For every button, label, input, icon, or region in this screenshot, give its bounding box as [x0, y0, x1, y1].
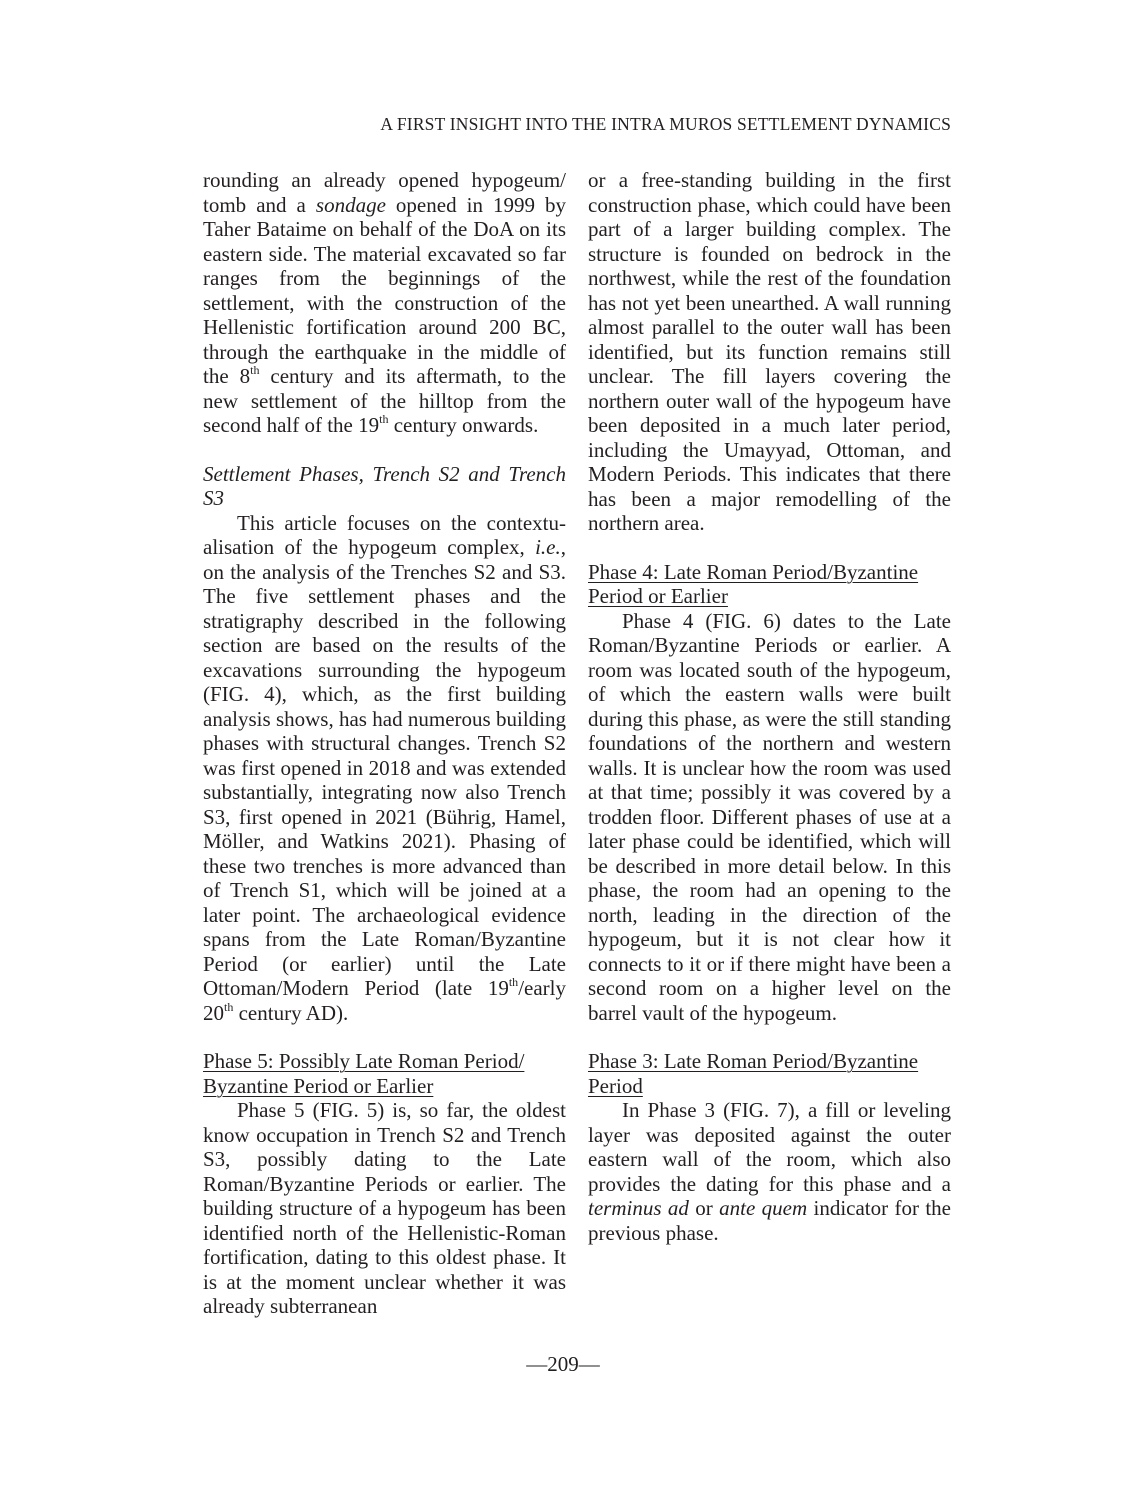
- text-span: This article focuses on the contextu­ali…: [203, 511, 566, 560]
- phase5-paragraph: Phase 5 (FIG. 5) is, so far, the oldest …: [203, 1098, 566, 1319]
- text-span: century onwards.: [388, 413, 538, 437]
- superscript: th: [379, 412, 388, 426]
- phase3-paragraph: In Phase 3 (FIG. 7), a fill or level­ing…: [588, 1098, 951, 1245]
- continuation-paragraph: or a free-standing building in the first…: [588, 168, 951, 536]
- right-column: or a free-standing building in the first…: [588, 168, 951, 1245]
- phase3-heading: Phase 3: Late Roman Period/Byzantine Per…: [588, 1049, 951, 1098]
- superscript: th: [509, 975, 518, 989]
- page-number: —209—: [0, 1352, 1126, 1377]
- superscript: th: [250, 363, 259, 377]
- phase4-paragraph: Phase 4 (FIG. 6) dates to the Late Roman…: [588, 609, 951, 1026]
- text-span: or: [689, 1196, 719, 1220]
- section-heading: Settlement Phases, Trench S2 and Trench …: [203, 462, 566, 511]
- intro-paragraph: rounding an already opened hypogeum/ tom…: [203, 168, 566, 438]
- superscript: th: [224, 1000, 233, 1014]
- italic-term: sondage: [316, 193, 386, 217]
- text-span: century AD).: [233, 1001, 348, 1025]
- text-span: In Phase 3 (FIG. 7), a fill or level­ing…: [588, 1098, 951, 1196]
- left-column: rounding an already opened hypogeum/ tom…: [203, 168, 566, 1319]
- section-paragraph: This article focuses on the contextu­ali…: [203, 511, 566, 1026]
- phase4-heading: Phase 4: Late Roman Period/Byzantine Per…: [588, 560, 951, 609]
- running-head: A FIRST INSIGHT INTO THE INTRA MUROS SET…: [380, 114, 951, 135]
- italic-term: ante quem: [719, 1196, 807, 1220]
- text-span: opened in 1999 by Taher Bataime on behal…: [203, 193, 566, 389]
- italic-term: terminus ad: [588, 1196, 689, 1220]
- text-span: , on the analysis of the Trenches S2 and…: [203, 535, 566, 1000]
- phase5-heading: Phase 5: Possibly Late Roman Period/ Byz…: [203, 1049, 566, 1098]
- italic-term: i.e.: [535, 535, 561, 559]
